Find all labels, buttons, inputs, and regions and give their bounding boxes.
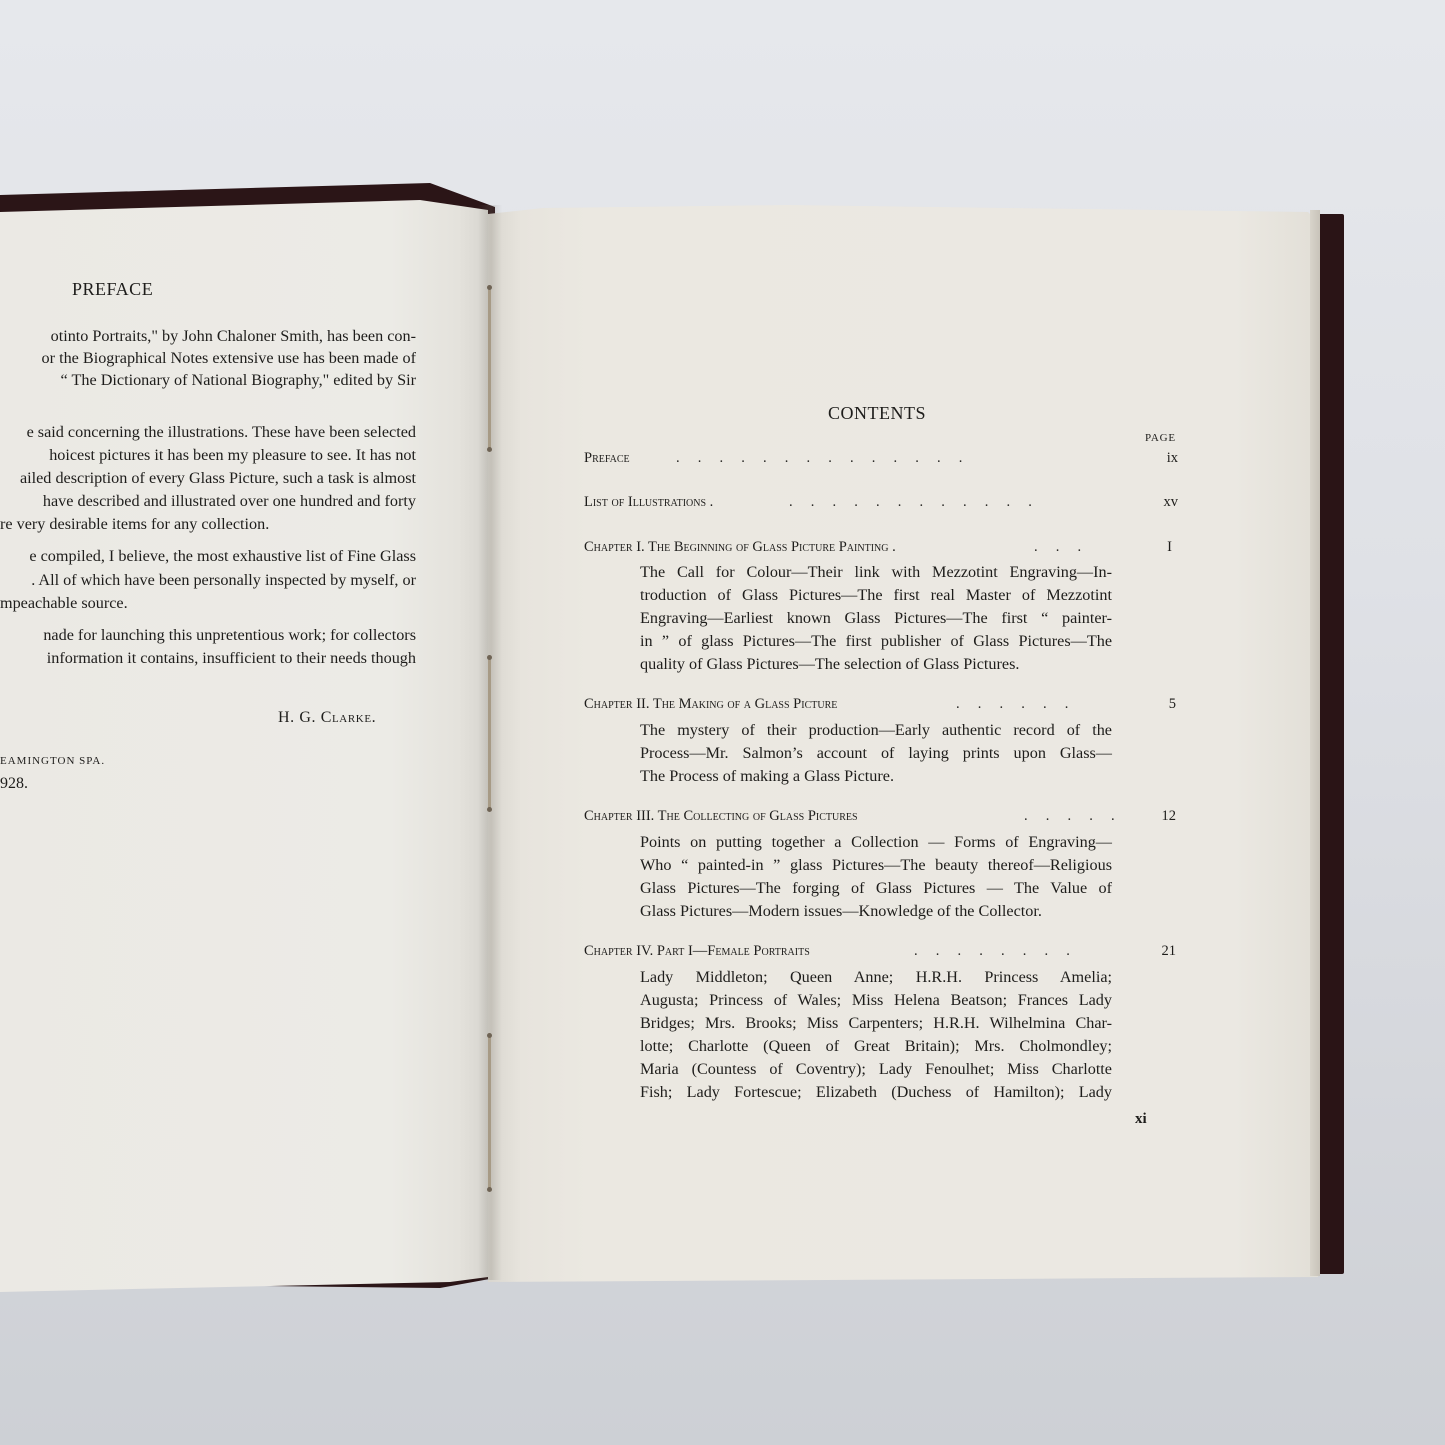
summary-line: The mystery of their production—Early au… <box>640 719 1112 742</box>
toc-entry-chapter-1: Chapter I. The Beginning of Glass Pictur… <box>584 539 1178 561</box>
toc-entry-chapter-4: Chapter IV. Part I—Female Portraits . . … <box>584 943 1178 965</box>
text-line: . All of which have been personally insp… <box>0 569 416 592</box>
text-line: information it contains, insufficient to… <box>0 647 416 670</box>
text-line: hoicest pictures it has been my pleasure… <box>0 444 416 467</box>
summary-line: troduction of Glass Pictures—The first r… <box>640 584 1112 607</box>
chapter-2-summary: The mystery of their production—Early au… <box>640 719 1112 788</box>
summary-line: The Call for Colour—Their link with Mezz… <box>640 561 1112 584</box>
summary-line: The Process of making a Glass Picture. <box>640 765 1112 788</box>
toc-page-number: 21 <box>1162 943 1177 960</box>
summary-line: Glass Pictures—Modern issues—Knowledge o… <box>640 900 1112 923</box>
toc-page-number: 12 <box>1162 808 1177 825</box>
leader-dots: . . . . . . . . . . . . <box>789 494 1032 511</box>
toc-entry-chapter-2: Chapter II. The Making of a Glass Pictur… <box>584 696 1178 718</box>
year-line: 928. <box>0 775 28 793</box>
text-line: mpeachable source. <box>0 592 416 615</box>
leader-dots: . . . . . <box>1024 808 1115 825</box>
toc-label: Chapter I. The Beginning of Glass Pictur… <box>584 539 896 556</box>
leader-dots: . . . . . . . . . . . . . . <box>676 450 962 467</box>
page-column-label: page <box>1145 432 1176 444</box>
summary-line: Lady Middleton; Queen Anne; H.R.H. Princ… <box>640 966 1112 989</box>
chapter-1-summary: The Call for Colour—Their link with Mezz… <box>640 561 1112 676</box>
text-line: “ The Dictionary of National Biography,"… <box>0 369 416 392</box>
summary-line: Bridges; Mrs. Brooks; Miss Carpenters; H… <box>640 1012 1112 1035</box>
toc-page-number: I <box>1167 539 1172 556</box>
summary-line: Engraving—Earliest known Glass Pictures—… <box>640 607 1112 630</box>
place-line: eamington spa. <box>0 755 105 767</box>
chapter-4-summary: Lady Middleton; Queen Anne; H.R.H. Princ… <box>640 966 1112 1104</box>
page-title: PREFACE <box>72 279 153 300</box>
chapter-3-summary: Points on putting together a Collection … <box>640 831 1112 923</box>
toc-label: Preface <box>584 450 630 467</box>
toc-entry-illustrations: List of Illustrations . . . . . . . . . … <box>584 494 1178 516</box>
page-number: xi <box>1135 1111 1147 1128</box>
text-line: e said concerning the illustrations. The… <box>0 421 416 444</box>
summary-line: Maria (Countess of Coventry); Lady Fenou… <box>640 1058 1112 1081</box>
summary-line: Glass Pictures—The forging of Glass Pict… <box>640 877 1112 900</box>
text-line: e compiled, I believe, the most exhausti… <box>0 545 416 568</box>
summary-line: in ” of glass Pictures—The first publish… <box>640 630 1112 653</box>
toc-page-number: ix <box>1167 450 1178 467</box>
binding-stitch <box>488 287 491 450</box>
summary-line: Who “ painted-in ” glass Pictures—The be… <box>640 854 1112 877</box>
toc-page-number: 5 <box>1169 696 1176 713</box>
summary-line: Points on putting together a Collection … <box>640 831 1112 854</box>
toc-page-number: xv <box>1164 494 1179 511</box>
summary-line: Fish; Lady Fortescue; Elizabeth (Duchess… <box>640 1081 1112 1104</box>
text-line: or the Biographical Notes extensive use … <box>0 347 416 370</box>
contents-heading: CONTENTS <box>828 403 926 424</box>
summary-line: Augusta; Princess of Wales; Miss Helena … <box>640 989 1112 1012</box>
leader-dots: . . . . . . . . <box>914 943 1070 960</box>
right-page-fore-edge <box>1310 210 1320 1276</box>
binding-stitch <box>488 657 491 810</box>
leader-dots: . . . <box>1034 539 1081 556</box>
text-line: re very desirable items for any collecti… <box>0 513 416 536</box>
leader-dots: . . . . . . <box>956 696 1068 713</box>
toc-label: Chapter III. The Collecting of Glass Pic… <box>584 808 858 825</box>
summary-line: quality of Glass Pictures—The selection … <box>640 653 1112 676</box>
toc-entry-preface: Preface . . . . . . . . . . . . . . ix <box>584 450 1178 472</box>
toc-entry-chapter-3: Chapter III. The Collecting of Glass Pic… <box>584 808 1178 830</box>
summary-line: Process—Mr. Salmon’s account of laying p… <box>640 742 1112 765</box>
toc-label: Chapter II. The Making of a Glass Pictur… <box>584 696 837 713</box>
author-signature: H. G. Clarke. <box>278 709 376 727</box>
summary-line: lotte; Charlotte (Queen of Great Britain… <box>640 1035 1112 1058</box>
toc-label: List of Illustrations . <box>584 494 713 511</box>
text-line: otinto Portraits," by John Chaloner Smit… <box>0 325 416 348</box>
left-page-content: PREFACE otinto Portraits," by John Chalo… <box>0 0 488 1445</box>
toc-label: Chapter IV. Part I—Female Portraits <box>584 943 810 960</box>
book-cover-right <box>1318 214 1344 1274</box>
text-line: nade for launching this unpretentious wo… <box>0 624 416 647</box>
text-line: ailed description of every Glass Picture… <box>0 467 416 490</box>
text-line: have described and illustrated over one … <box>0 490 416 513</box>
binding-stitch <box>488 1035 491 1190</box>
